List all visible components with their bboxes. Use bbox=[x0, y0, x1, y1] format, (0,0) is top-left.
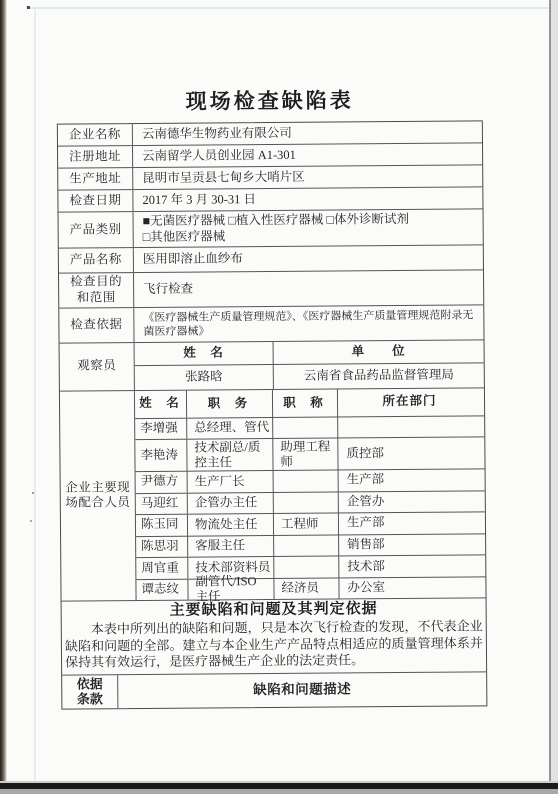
person-name: 周官重 bbox=[136, 558, 188, 579]
person-department: 质控部 bbox=[338, 437, 484, 469]
person-department: 技术部 bbox=[339, 555, 485, 577]
personnel-row: 尹德方 生产厂长 生产部 bbox=[136, 469, 485, 493]
clause-row: 依据 条款 缺陷和问题描述 bbox=[62, 672, 486, 708]
observer-unit-header: 单 位 bbox=[274, 340, 484, 364]
observer-value-row: 张路晗 云南省食品药品监督管理局 bbox=[135, 363, 484, 390]
person-title bbox=[274, 470, 339, 491]
field-label: 产品类别 bbox=[59, 212, 134, 248]
person-department: 销售部 bbox=[339, 534, 485, 556]
person-name: 谭志纹 bbox=[136, 579, 188, 600]
personnel-row: 陈玉同 物流处主任 工程师 生产部 bbox=[136, 512, 485, 536]
person-department: 办公室 bbox=[339, 577, 485, 599]
field-value: 昆明市呈贡县七甸乡大哨片区 bbox=[133, 165, 482, 189]
person-title: 经济员 bbox=[274, 578, 339, 599]
field-value: 《医疗器械生产质量管理规范》、《医疗器械生产质量管理规范附录无菌医疗器械》 bbox=[134, 305, 483, 342]
scan-edge-left bbox=[0, 0, 7, 794]
person-name: 李艳涛 bbox=[135, 440, 187, 471]
field-label: 产品名称 bbox=[59, 248, 134, 273]
row-product-category: 产品类别 ■无菌医疗器械 □植入性医疗器械 □体外诊断试剂 □其他医疗器械 bbox=[59, 209, 483, 249]
scanned-page: 现场检查缺陷表 企业名称 云南德华生物药业有限公司 注册地址 云南留学人员创业园… bbox=[0, 0, 558, 794]
personnel-position-header: 职 务 bbox=[187, 389, 273, 417]
person-department bbox=[338, 416, 484, 438]
observer-name: 张路晗 bbox=[135, 364, 274, 389]
personnel-department-header: 所在部门 bbox=[338, 388, 484, 416]
person-position: 客服主任 bbox=[188, 536, 274, 557]
defects-note: 本表中所列出的缺陷和问题，只是本次飞行检查的发现，不代表企业缺陷和问题的全部。建… bbox=[65, 618, 483, 671]
field-value: 云南德华生物药业有限公司 bbox=[133, 121, 482, 145]
scan-speck bbox=[27, 6, 30, 9]
field-label: 生产地址 bbox=[58, 168, 133, 190]
person-department: 企管办 bbox=[339, 491, 485, 513]
defects-heading: 主要缺陷和问题及其判定依据 bbox=[65, 599, 483, 620]
page-title: 现场检查缺陷表 bbox=[57, 86, 483, 115]
defect-description-header: 缺陷和问题描述 bbox=[118, 672, 486, 708]
inspection-form-table: 企业名称 云南德华生物药业有限公司 注册地址 云南留学人员创业园 A1-301 … bbox=[57, 120, 488, 709]
person-position: 生产厂长 bbox=[188, 471, 274, 492]
observer-label: 观察员 bbox=[60, 343, 135, 391]
personnel-row: 马迎红 企管办主任 企管办 bbox=[136, 491, 485, 515]
person-title bbox=[274, 557, 339, 578]
scan-line-vertical bbox=[34, 8, 36, 786]
person-position: 企管办主任 bbox=[188, 493, 274, 514]
person-position: 副管代/ISO 主任 bbox=[188, 579, 274, 600]
person-name: 尹德方 bbox=[136, 472, 188, 493]
field-label: 检查目的 和范围 bbox=[59, 273, 134, 307]
field-value: 2017 年 3 月 30-31 日 bbox=[133, 187, 482, 211]
person-name: 马迎红 bbox=[136, 493, 188, 514]
scan-edge-bottom-gray bbox=[0, 789, 558, 794]
field-value: 飞行检查 bbox=[134, 271, 483, 307]
person-department: 生产部 bbox=[339, 512, 485, 534]
clause-label: 依据 条款 bbox=[62, 675, 118, 708]
personnel-section: 企业主要现场配合人员 姓 名 职 务 职 称 所在部门 李增强 总经理、管代 bbox=[60, 388, 486, 602]
person-title: 助理工程师 bbox=[273, 438, 338, 470]
personnel-row: 李增强 总经理、管代 bbox=[135, 416, 484, 440]
row-product-name: 产品名称 医用即溶止血纱布 bbox=[59, 246, 483, 274]
person-title bbox=[274, 492, 339, 513]
field-label: 注册地址 bbox=[58, 146, 133, 168]
person-title bbox=[274, 535, 339, 556]
field-value: 云南留学人员创业园 A1-301 bbox=[133, 143, 482, 167]
product-category-checkboxes: ■无菌医疗器械 □植入性医疗器械 □体外诊断试剂 □其他医疗器械 bbox=[134, 209, 483, 247]
row-inspection-basis: 检查依据 《医疗器械生产质量管理规范》、《医疗器械生产质量管理规范附录无菌医疗器… bbox=[59, 305, 483, 343]
person-position: 物流处主任 bbox=[188, 514, 274, 535]
scan-speck bbox=[30, 520, 32, 522]
personnel-row: 陈思羽 客服主任 销售部 bbox=[136, 534, 485, 558]
person-department: 生产部 bbox=[339, 469, 485, 491]
field-label: 企业名称 bbox=[58, 124, 133, 146]
observer-unit: 云南省食品药品监督管理局 bbox=[274, 363, 484, 389]
personnel-name-header: 姓 名 bbox=[135, 390, 187, 417]
document-sheet: 现场检查缺陷表 企业名称 云南德华生物药业有限公司 注册地址 云南留学人员创业园… bbox=[56, 0, 488, 709]
person-title: 工程师 bbox=[274, 514, 339, 535]
observer-name-header: 姓 名 bbox=[135, 341, 274, 364]
person-position: 技术副总/质控主任 bbox=[187, 439, 273, 471]
person-name: 陈思羽 bbox=[136, 536, 188, 557]
personnel-header-row: 姓 名 职 务 职 称 所在部门 bbox=[135, 388, 484, 419]
person-position: 总经理、管代 bbox=[187, 417, 273, 438]
field-value: 医用即溶止血纱布 bbox=[134, 246, 483, 273]
observer-section: 观察员 姓 名 单 位 张路晗 云南省食品药品监督管理局 bbox=[60, 340, 484, 391]
row-inspection-purpose: 检查目的 和范围 飞行检查 bbox=[59, 271, 483, 309]
scan-edge-right-fill bbox=[551, 0, 558, 794]
person-name: 陈玉同 bbox=[136, 515, 188, 536]
personnel-label: 企业主要现场配合人员 bbox=[60, 391, 137, 601]
scan-speck bbox=[32, 492, 34, 494]
field-label: 检查日期 bbox=[58, 190, 133, 212]
personnel-title-header: 职 称 bbox=[273, 389, 338, 417]
observer-header-row: 姓 名 单 位 bbox=[135, 340, 484, 366]
person-name: 李增强 bbox=[135, 418, 187, 439]
personnel-row: 谭志纹 副管代/ISO 主任 经济员 办公室 bbox=[136, 577, 485, 600]
defects-section: 主要缺陷和问题及其判定依据 本表中所列出的缺陷和问题，只是本次飞行检查的发现，不… bbox=[62, 598, 487, 675]
person-title bbox=[273, 417, 338, 438]
field-label: 检查依据 bbox=[59, 308, 134, 343]
personnel-row: 周官重 技术部资料员 技术部 bbox=[136, 555, 485, 579]
personnel-row: 李艳涛 技术副总/质控主任 助理工程师 质控部 bbox=[135, 437, 484, 472]
